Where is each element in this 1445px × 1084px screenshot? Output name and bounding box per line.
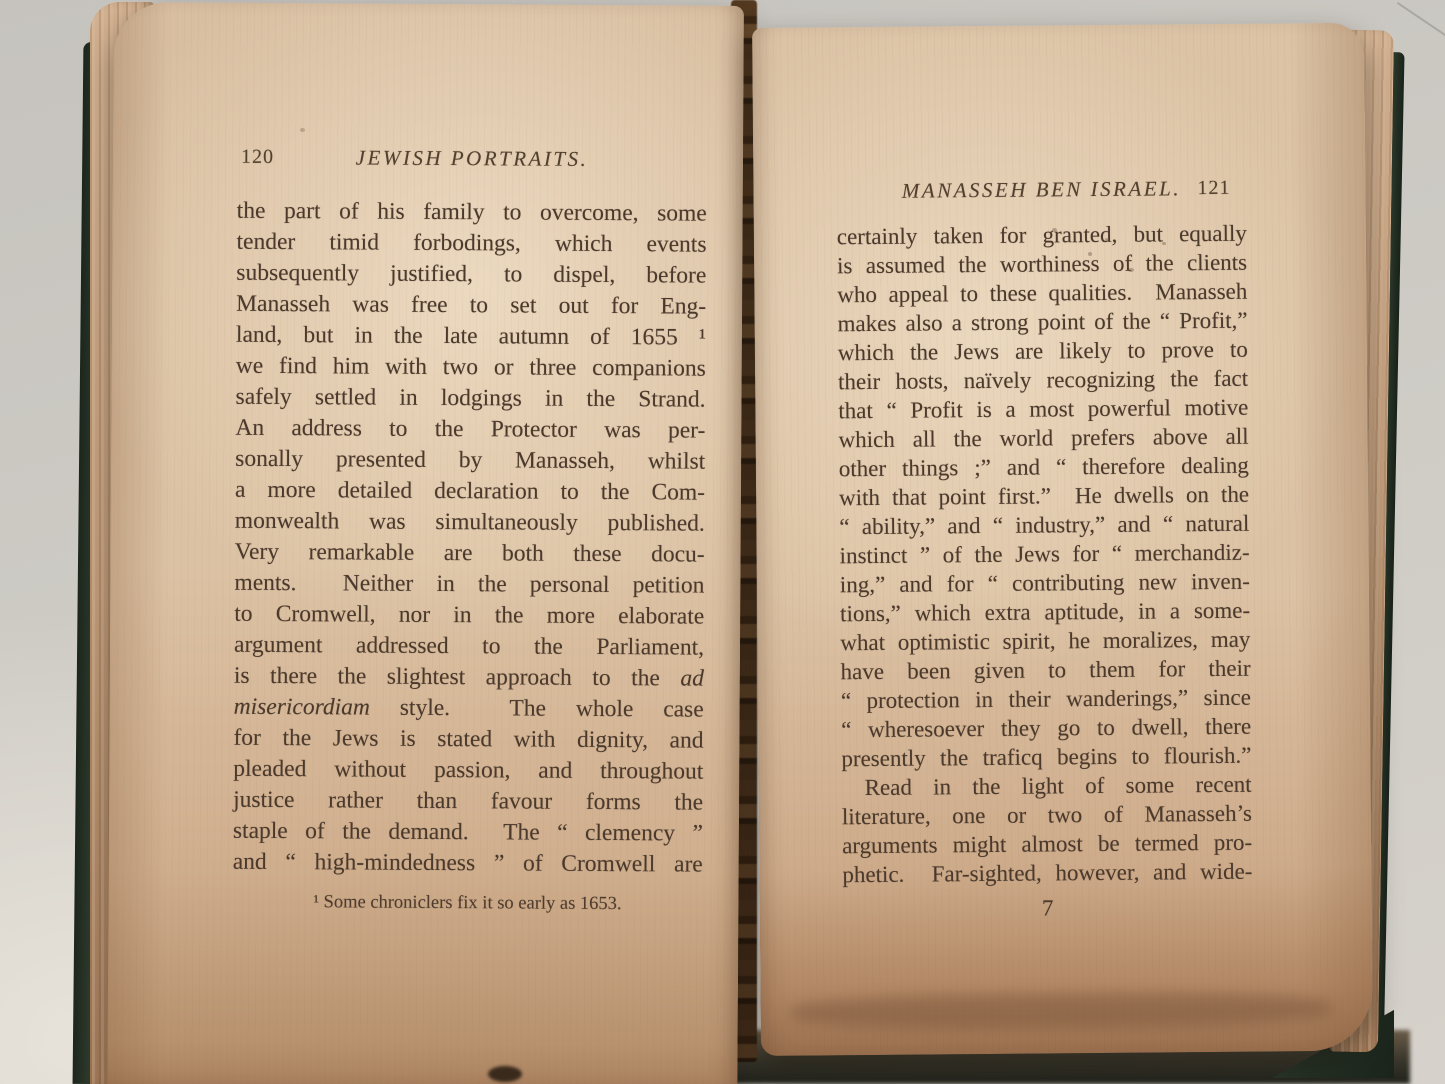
body-line: “ protection in their wanderings,” since (841, 683, 1251, 716)
body-line: that “ Profit is a most powerful motive (838, 393, 1248, 426)
body-line: Read in the light of some recent (842, 770, 1252, 803)
left-page-header: 120 JEWISH PORTRAITS. (237, 145, 707, 176)
body-line: makes also a strong point of the “ Profi… (837, 306, 1247, 339)
right-page: MANASSEH BEN ISRAEL. 121 certainly taken… (752, 23, 1373, 1056)
body-line: is assumed the worthiness of the clients (837, 248, 1247, 281)
foxing-speck (1162, 242, 1166, 245)
body-line: tender timid forbodings, which events (236, 227, 706, 261)
left-running-header: JEWISH PORTRAITS. (237, 145, 707, 173)
body-line: staple of the demand. The “ clemency ” (233, 816, 703, 850)
body-line: safely settled in lodgings in the Strand… (235, 382, 705, 416)
foxing-speck (1105, 238, 1108, 241)
body-line: arguments might almost be termed pro- (842, 828, 1252, 861)
left-page: 120 JEWISH PORTRAITS. the part of his fa… (107, 2, 744, 1084)
body-line: a more detailed declaration to the Com- (235, 475, 705, 509)
left-body-text: the part of his family to overcome, some… (233, 196, 707, 881)
body-line: sonally presented by Manasseh, whilst (235, 444, 705, 478)
body-line: literature, one or two of Manasseh’s (842, 799, 1252, 832)
body-line: other things ;” and “ therefore dealing (839, 451, 1249, 484)
right-text-block: MANASSEH BEN ISRAEL. 121 certainly taken… (836, 176, 1252, 924)
bottom-smudge-stain (790, 991, 1330, 1030)
body-line: the part of his family to overcome, some (237, 196, 707, 230)
body-line: “ ability,” and “ industry,” and “ natur… (839, 509, 1249, 542)
body-line: ments. Neither in the personal petition (234, 568, 704, 602)
left-text-block: 120 JEWISH PORTRAITS. the part of his fa… (232, 145, 707, 916)
foxing-speck (1128, 268, 1134, 272)
right-running-header: MANASSEH BEN ISRAEL. (836, 176, 1246, 205)
body-line: is there the slightest approach to the a… (234, 661, 704, 695)
body-line: Very remarkable are both these docu- (235, 537, 705, 571)
body-line: with that point first.” He dwells on the (839, 480, 1249, 513)
ink-blot-stain (488, 1066, 522, 1082)
right-page-header: MANASSEH BEN ISRAEL. 121 (836, 176, 1246, 208)
body-line: subsequently justified, to dispel, befor… (236, 258, 706, 292)
body-line: ing,” and for “ contributing new inven- (840, 567, 1250, 600)
signature-mark: 7 (843, 894, 1253, 924)
foxing-speck (300, 128, 305, 132)
body-line: we find him with two or three companions (236, 351, 706, 385)
foxing-speck (1088, 252, 1092, 256)
body-line: pleaded without passion, and throughout (233, 754, 703, 788)
body-line: land, but in the late autumn of 1655 ¹ (236, 320, 706, 354)
body-line: An address to the Protector was per- (235, 413, 705, 447)
foxing-speck (1052, 228, 1057, 232)
body-line: justice rather than favour forms the (233, 785, 703, 819)
body-line: phetic. Far-sighted, however, and wide- (842, 857, 1252, 890)
body-line: monwealth was simultaneously published. (235, 506, 705, 540)
body-line: to Cromwell, nor in the more elaborate (234, 599, 704, 633)
body-line: their hosts, naïvely recognizing the fac… (838, 364, 1248, 397)
right-page-number: 121 (1197, 177, 1230, 200)
body-line: who appeal to these qualities. Manasseh (837, 277, 1247, 310)
body-line: what optimistic spirit, he moralizes, ma… (840, 625, 1250, 658)
body-line: tions,” which extra aptitude, in a some- (840, 596, 1250, 629)
body-line: for the Jews is stated with dignity, and (233, 723, 703, 757)
body-line: have been given to them for their (840, 654, 1250, 687)
footnote: ¹ Some chroniclers fix it so early as 16… (232, 892, 702, 916)
body-line: certainly taken for granted, but equally (837, 219, 1247, 252)
body-line: misericordiam style. The whole case (234, 692, 704, 726)
right-body-text: certainly taken for granted, but equally… (837, 219, 1253, 890)
body-line: presently the traficq begins to flourish… (841, 741, 1251, 774)
body-line: which all the world prefers above all (838, 422, 1248, 455)
body-line: “ wheresoever they go to dwell, there (841, 712, 1251, 745)
body-line: Manasseh was free to set out for Eng- (236, 289, 706, 323)
body-line: instinct ” of the Jews for “ merchandiz- (839, 538, 1249, 571)
body-line: which the Jews are likely to prove to (838, 335, 1248, 368)
photo-of-open-book: 120 JEWISH PORTRAITS. the part of his fa… (0, 0, 1445, 1084)
body-line: argument addressed to the Parliament, (234, 630, 704, 664)
body-line: and “ high-mindedness ” of Cromwell are (233, 847, 703, 881)
